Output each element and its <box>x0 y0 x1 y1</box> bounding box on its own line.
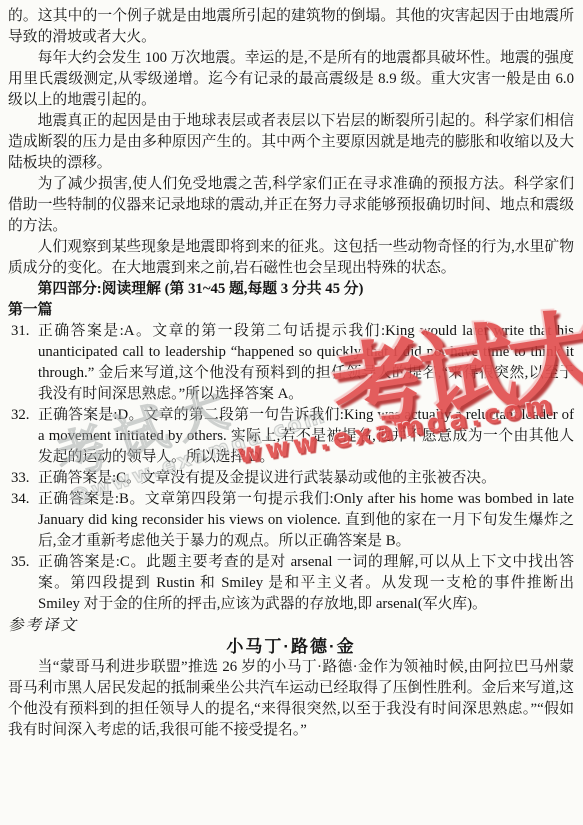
paragraph: 地震真正的起因是由于地球表层或者表层以下岩层的断裂所引起的。科学家们相信造成断裂… <box>8 111 574 174</box>
translation-title: 小马丁·路德·金 <box>8 636 574 657</box>
answer-text: 正确答案是:A。文章的第一段第二句话提示我们:King would later … <box>38 323 574 402</box>
answer-number: 33. <box>11 468 30 489</box>
answer-item: 32. 正确答案是:D。文章的第二段第一句告诉我们:King was actua… <box>8 405 574 468</box>
answer-item: 34. 正确答案是:B。文章第四段第一句提示我们:Only after his … <box>8 489 574 552</box>
answer-item: 33. 正确答案是:C。文章没有提及金提议进行武装暴动或他的主张被否决。 <box>8 468 574 489</box>
answer-item: 35. 正确答案是:C。此题主要考查的是对 arsenal 一词的理解,可以从上… <box>8 552 574 615</box>
answer-text: 正确答案是:C。此题主要考查的是对 arsenal 一词的理解,可以从上下文中找… <box>38 554 574 612</box>
answer-number: 31. <box>11 321 30 342</box>
answer-number: 34. <box>11 489 30 510</box>
scanned-document-page: 的。这其中的一个例子就是由地震所引起的建筑物的倒塌。其他的灾害起因于由地震所导致… <box>0 0 583 825</box>
translation-paragraph: 当“蒙哥马利进步联盟”推选 26 岁的小马丁·路德·金作为领袖时候,由阿拉巴马州… <box>8 657 574 741</box>
paragraph-continuation: 的。这其中的一个例子就是由地震所引起的建筑物的倒塌。其他的灾害起因于由地震所导致… <box>8 6 574 48</box>
answer-text: 正确答案是:C。文章没有提及金提议进行武装暴动或他的主张被否决。 <box>38 470 496 486</box>
paragraph: 为了减少损害,使人们免受地震之苦,科学家们正在寻求准确的预报方法。科学家们借助一… <box>8 174 574 237</box>
answer-number: 32. <box>11 405 30 426</box>
answer-item: 31. 正确答案是:A。文章的第一段第二句话提示我们:King would la… <box>8 321 574 405</box>
section-subheading: 第一篇 <box>8 300 574 321</box>
paragraph: 人们观察到某些现象是地震即将到来的征兆。这包括一些动物奇怪的行为,水里矿物质成分… <box>8 237 574 279</box>
translation-label: 参考译文 <box>8 615 574 636</box>
paragraph: 每年大约会发生 100 万次地震。幸运的是,不是所有的地震都具破坏性。地震的强度… <box>8 48 574 111</box>
answer-number: 35. <box>11 552 30 573</box>
answer-text: 正确答案是:D。文章的第二段第一句告诉我们:King was actually … <box>38 407 574 465</box>
document-body: 的。这其中的一个例子就是由地震所引起的建筑物的倒塌。其他的灾害起因于由地震所导致… <box>0 0 583 741</box>
section-heading: 第四部分:阅读理解 (第 31~45 题,每题 3 分共 45 分) <box>8 279 574 300</box>
answer-text: 正确答案是:B。文章第四段第一句提示我们:Only after his home… <box>38 491 574 549</box>
